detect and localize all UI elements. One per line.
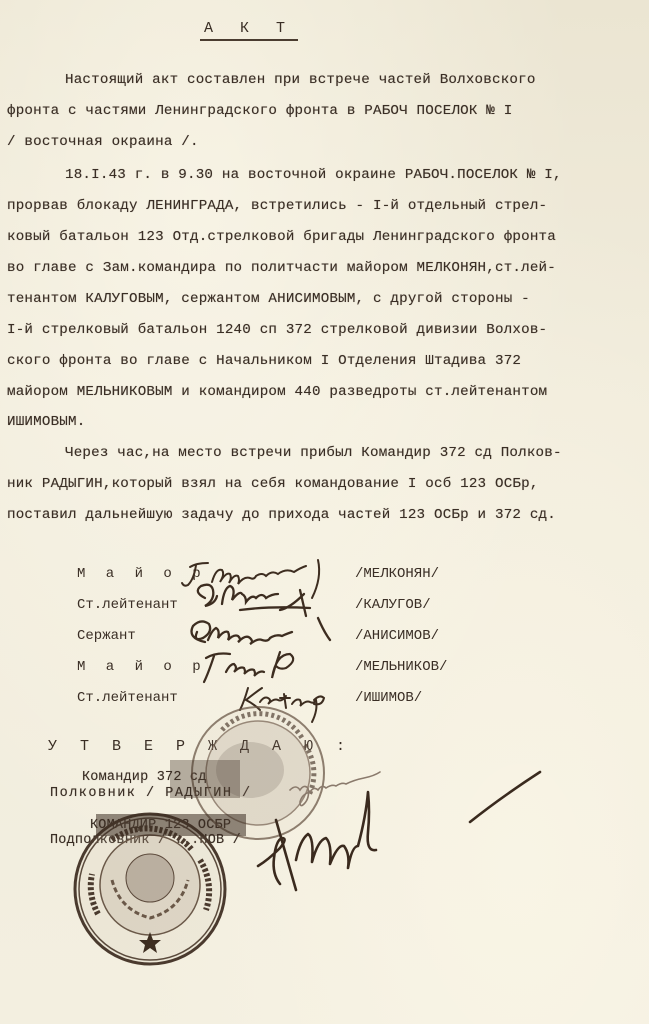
signature-rank-3: Сержант xyxy=(77,628,136,644)
signature-name-2: /КАЛУГОВ/ xyxy=(355,597,431,613)
approval-line-1: Командир 372 сд xyxy=(82,770,207,785)
paragraph-2-line-9: ИШИМОВЫМ. xyxy=(7,414,85,430)
document-title: А К Т xyxy=(200,20,298,41)
approval-line-3: КОМАНДИР 123 ОСБР xyxy=(90,818,231,833)
paragraph-3-line-3: поставил дальнейшую задачу до прихода ча… xyxy=(7,507,556,523)
paragraph-3-line-1: Через час,на место встречи прибыл Команд… xyxy=(65,445,562,461)
paragraph-2-line-5: тенантом КАЛУГОВЫМ, сержантом АНИСИМОВЫМ… xyxy=(7,291,530,307)
signature-rank-2: Ст.лейтенант xyxy=(77,597,178,613)
paragraph-2-line-8: майором МЕЛЬНИКОВЫМ и командиром 440 раз… xyxy=(7,384,547,400)
signature-name-1: /МЕЛКОНЯН/ xyxy=(355,566,439,582)
paragraph-3-line-2: ник РАДЫГИН,который взял на себя командо… xyxy=(7,476,539,492)
paragraph-2-line-4: во главе с Зам.командира по политчасти м… xyxy=(7,260,556,276)
signature-name-4: /МЕЛЬНИКОВ/ xyxy=(355,659,447,675)
approval-line-4: Подполковник / ...НОВ / xyxy=(50,833,241,848)
paragraph-2-line-7: ского фронта во главе с Начальником I От… xyxy=(7,353,521,369)
paragraph-2-line-2: прорвав блокаду ЛЕНИНГРАДА, встретились … xyxy=(7,198,547,214)
signature-name-5: /ИШИМОВ/ xyxy=(355,690,422,706)
signature-rank-4: М а й о р xyxy=(77,659,207,675)
paragraph-2-line-3: ковый батальон 123 Отд.стрелковой бригад… xyxy=(7,229,556,245)
signature-rank-1: М а й о р xyxy=(77,566,207,582)
paragraph-2-line-6: I-й стрелковый батальон 1240 сп 372 стре… xyxy=(7,322,547,338)
paragraph-1-line-2: фронта с частями Ленинградского фронта в… xyxy=(7,103,512,119)
approval-title: У Т В Е Р Ж Д А Ю : xyxy=(48,738,352,755)
approval-line-2: Полковник / РАДЫГИН / xyxy=(50,786,252,801)
signature-name-3: /АНИСИМОВ/ xyxy=(355,628,439,644)
paragraph-1-line-1: Настоящий акт составлен при встрече част… xyxy=(65,72,536,88)
signature-rank-5: Ст.лейтенант xyxy=(77,690,178,706)
paragraph-2-line-1: 18.I.43 г. в 9.30 на восточной окраине Р… xyxy=(65,167,562,183)
paragraph-1-line-3: / восточная окраина /. xyxy=(7,134,199,150)
